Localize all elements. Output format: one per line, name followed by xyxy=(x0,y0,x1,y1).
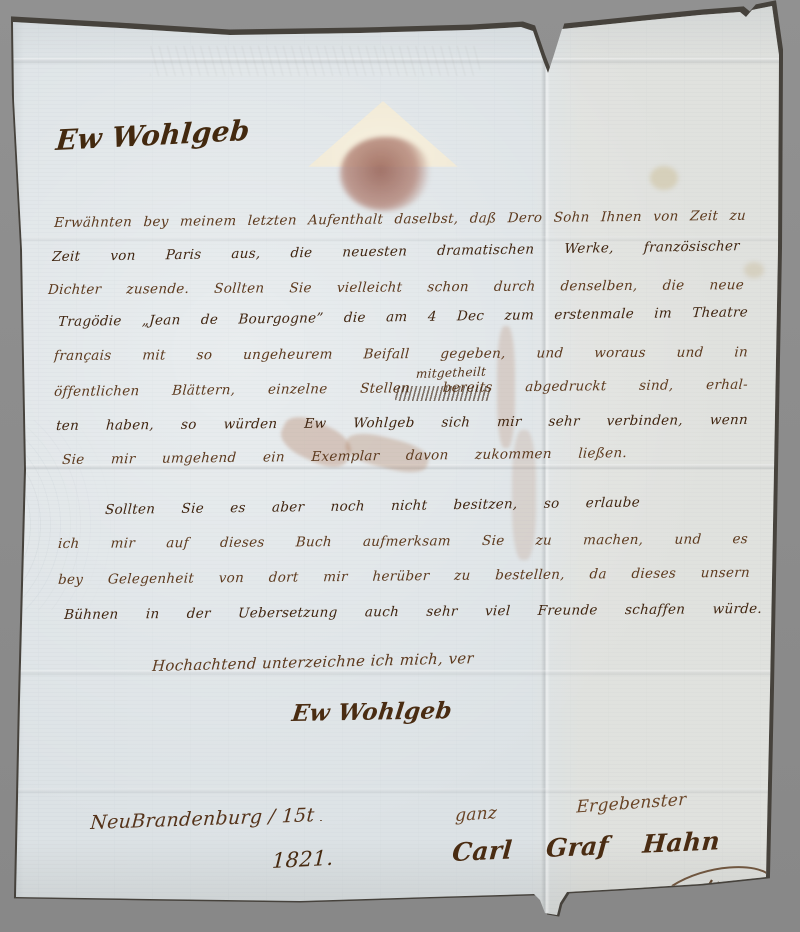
foxing-spot xyxy=(650,166,678,190)
photo-background: Ew Wohlgeb Erwähnten bey meinem letzten … xyxy=(0,0,800,932)
inserted-correction-word: mitgetheilt xyxy=(416,365,487,381)
foxing-spot-small xyxy=(744,262,764,278)
signature-flourish xyxy=(666,862,782,914)
year: 1821. xyxy=(271,846,334,873)
body-line: ich mir auf dieses Buch aufmerksam Sie z… xyxy=(57,528,748,557)
body-line: français mit so ungeheurem Beifall gegeb… xyxy=(53,341,749,369)
show-through-marks xyxy=(150,46,480,76)
closing-salutation: Ew Wohlgeb xyxy=(290,697,453,727)
letter-paper: Ew Wohlgeb Erwähnten bey meinem letzten … xyxy=(0,0,800,932)
body-line: Dichter zusende. Sollten Sie vielleicht … xyxy=(47,274,744,303)
wax-seal-stain xyxy=(340,137,430,211)
strikethrough-scribble xyxy=(394,386,490,401)
